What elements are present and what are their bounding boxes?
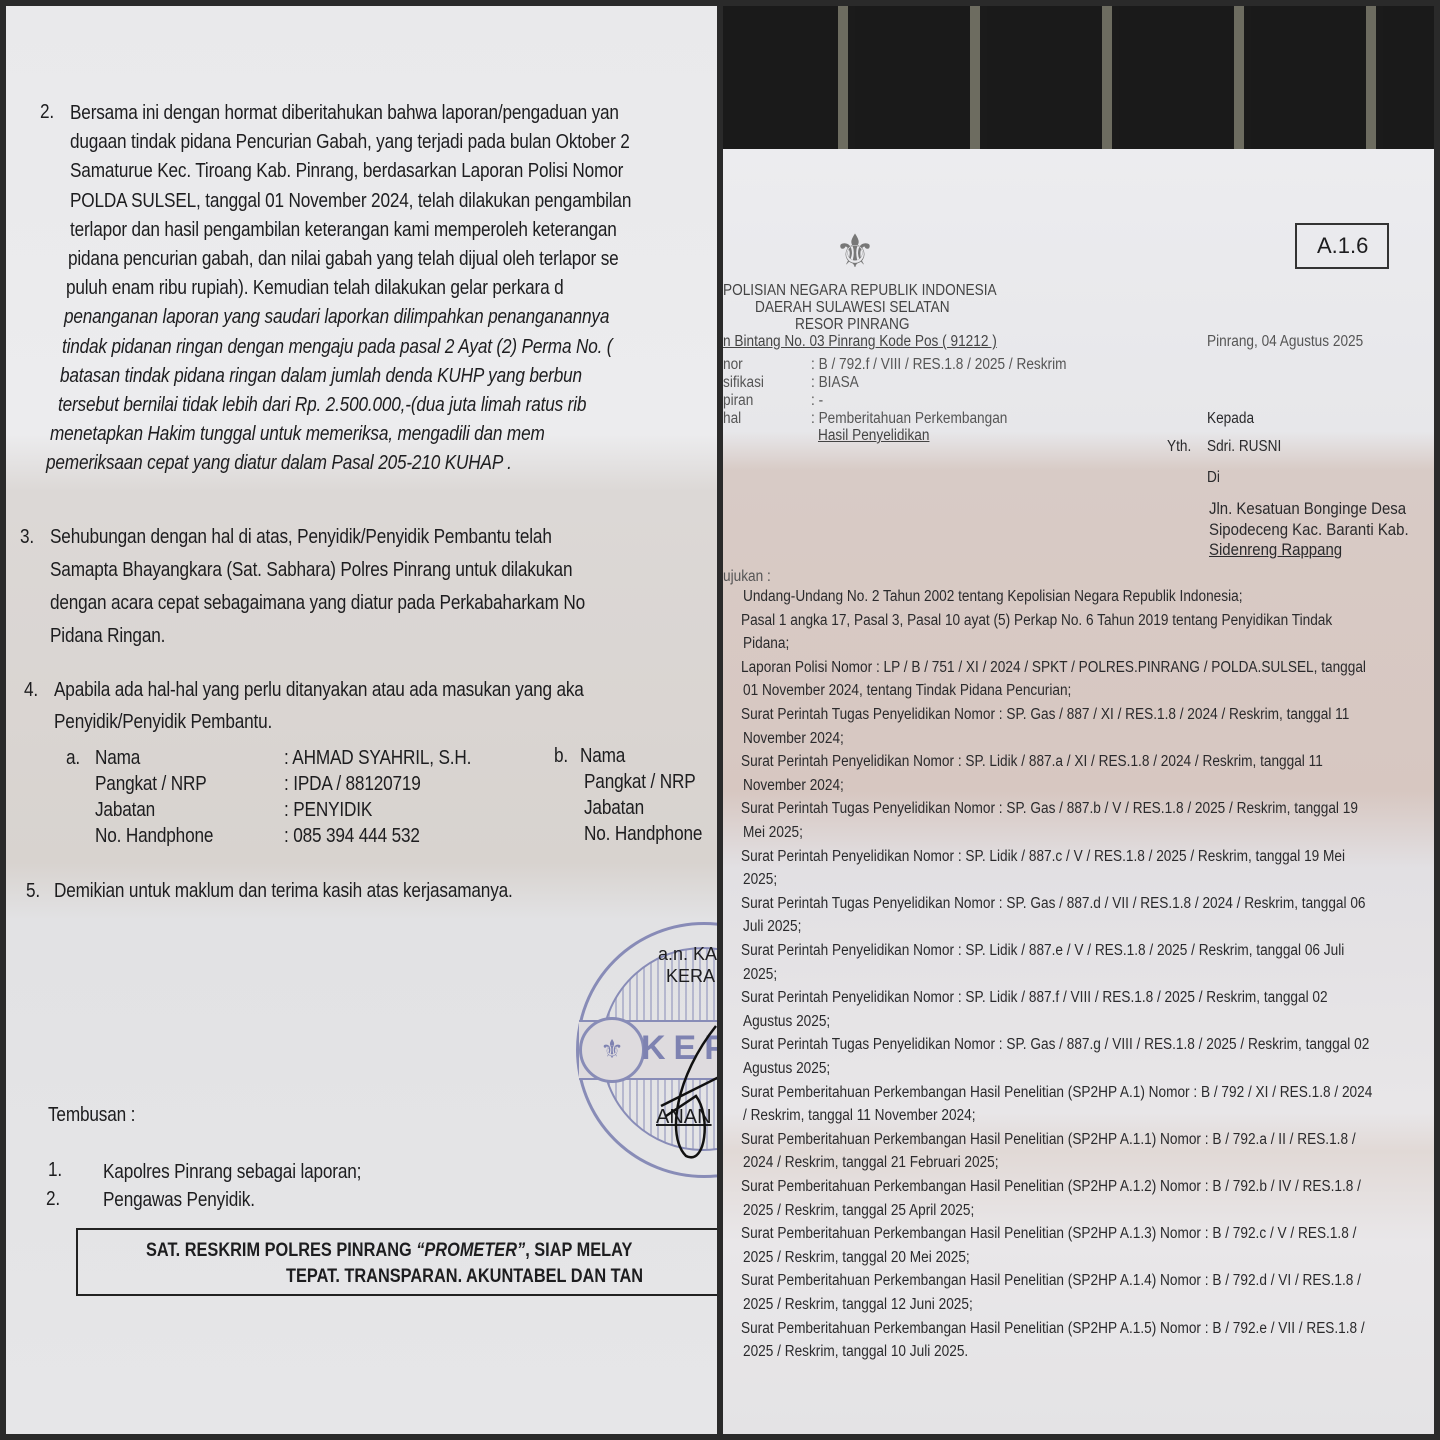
para2-line: tindak pidanan ringan dengan mengaju pad… xyxy=(62,336,612,359)
para2-line: menetapkan Hakim tunggal untuk memeriksa… xyxy=(50,423,545,446)
rujukan-line: Surat Perintah Penyelidikan Nomor : SP. … xyxy=(741,989,1328,1007)
recipient-kepada: Kepada xyxy=(1207,410,1254,428)
contact-a-value: : IPDA / 88120719 xyxy=(284,773,421,796)
motto-brand: “PROMETER” xyxy=(416,1240,525,1261)
rujukan-line: 2025 / Reskrim, tanggal 20 Mei 2025; xyxy=(743,1249,970,1267)
rujukan-line: / Reskrim, tanggal 11 November 2024; xyxy=(743,1107,976,1125)
rujukan-line: 2025; xyxy=(743,871,777,889)
tembusan-title: Tembusan : xyxy=(48,1104,135,1127)
police-crest-icon: ⚜ xyxy=(823,219,887,283)
para2-line: POLDA SULSEL, tanggal 01 November 2024, … xyxy=(70,190,631,213)
contact-b-label: Pangkat / NRP xyxy=(584,771,696,794)
rujukan-line: Surat Perintah Tugas Penyelidikan Nomor … xyxy=(741,706,1349,724)
contact-a-label: No. Handphone xyxy=(95,825,213,848)
para4-number: 4. xyxy=(24,679,38,702)
tembusan-2-number: 2. xyxy=(46,1188,60,1211)
right-document-page: ⚜ A.1.6 POLISIAN NEGARA REPUBLIK INDONES… xyxy=(723,6,1434,1434)
meta-value: : B / 792.f / VIII / RES.1.8 / 2025 / Re… xyxy=(811,356,1066,374)
motto-suffix: , SIAP MELAY xyxy=(525,1240,632,1261)
contact-a-label: Pangkat / NRP xyxy=(95,773,207,796)
contact-a-value: : PENYIDIK xyxy=(284,799,372,822)
contact-b-label: Jabatan xyxy=(584,797,644,820)
recipient-di: Di xyxy=(1207,469,1220,487)
rujukan-line: Agustus 2025; xyxy=(743,1013,830,1031)
form-code: A.1.6 xyxy=(1317,233,1368,259)
rujukan-line: 2025 / Reskrim, tanggal 10 Juli 2025. xyxy=(743,1343,968,1361)
para2-line: terlapor dan hasil pengambilan keteranga… xyxy=(70,219,617,242)
contact-a-label: Jabatan xyxy=(95,799,155,822)
contact-a-value: : AHMAD SYAHRIL, S.H. xyxy=(284,747,471,770)
para2-line: pidana pencurian gabah, dan nilai gabah … xyxy=(68,248,619,271)
subject-line2: Hasil Penyelidikan xyxy=(818,427,929,445)
contact-b-label: No. Handphone xyxy=(584,823,702,846)
para2-number: 2. xyxy=(40,101,54,124)
rujukan-line: Juli 2025; xyxy=(743,918,801,936)
para3-number: 3. xyxy=(20,526,34,549)
contact-b-marker: b. xyxy=(554,745,568,768)
meta-value: : Pemberitahuan Perkembangan xyxy=(811,410,1007,428)
rujukan-line: 2025 / Reskrim, tanggal 12 Juni 2025; xyxy=(743,1296,973,1314)
contact-a-value: : 085 394 444 532 xyxy=(284,825,420,848)
para2-line: batasan tindak pidana ringan dalam jumla… xyxy=(60,365,582,388)
rujukan-line: Pasal 1 angka 17, Pasal 3, Pasal 10 ayat… xyxy=(741,612,1332,630)
para2-line: penanganan laporan yang saudari laporkan… xyxy=(64,306,609,329)
meta-label: sifikasi xyxy=(723,374,764,392)
para4-line: Apabila ada hal-hal yang perlu ditanyaka… xyxy=(54,679,584,702)
recipient-addr2: Sipodeceng Kac. Baranti Kab. xyxy=(1209,520,1409,540)
signature-scribble-icon xyxy=(656,1016,717,1166)
para5-number: 5. xyxy=(26,880,40,903)
right-paper: ⚜ A.1.6 POLISIAN NEGARA REPUBLIK INDONES… xyxy=(723,149,1434,1434)
recipient-addr1: Jln. Kesatuan Bonginge Desa xyxy=(1209,499,1406,519)
signature-line1: a.n. KA xyxy=(658,944,717,965)
rujukan-label: ujukan : xyxy=(723,568,771,586)
form-code-box: A.1.6 xyxy=(1295,223,1389,269)
para2-line: puluh enam ribu rupiah). Kemudian telah … xyxy=(66,277,563,300)
rujukan-line: 2024 / Reskrim, tanggal 21 Februari 2025… xyxy=(743,1154,999,1172)
signature-line2: KERA xyxy=(666,966,715,987)
rujukan-line: Surat Perintah Tugas Penyelidikan Nomor … xyxy=(741,895,1365,913)
para2-line: Bersama ini dengan hormat diberitahukan … xyxy=(70,102,619,125)
para2-line: dugaan tindak pidana Pencurian Gabah, ya… xyxy=(70,131,630,154)
rujukan-line: Surat Pemberitahuan Perkembangan Hasil P… xyxy=(741,1131,1356,1149)
rujukan-line: Surat Pemberitahuan Perkembangan Hasil P… xyxy=(741,1225,1356,1243)
rujukan-line: Surat Pemberitahuan Perkembangan Hasil P… xyxy=(741,1320,1365,1338)
contact-b-label: Nama xyxy=(580,745,625,768)
contact-a-label: Nama xyxy=(95,747,140,770)
rujukan-line: 2025 / Reskrim, tanggal 25 April 2025; xyxy=(743,1202,974,1220)
left-document-page: 2. Bersama ini dengan hormat diberitahuk… xyxy=(6,6,717,1434)
meta-value: : - xyxy=(811,392,823,410)
para2-line: Samaturue Kec. Tiroang Kab. Pinrang, ber… xyxy=(70,160,623,183)
rujukan-line: Surat Perintah Penyelidikan Nomor : SP. … xyxy=(741,942,1344,960)
para5-text: Demikian untuk maklum dan terima kasih a… xyxy=(54,880,513,903)
para3-line: Samapta Bhayangkara (Sat. Sabhara) Polre… xyxy=(50,559,572,582)
tembusan-1-number: 1. xyxy=(48,1159,62,1182)
rujukan-line: 01 November 2024, tentang Tindak Pidana … xyxy=(743,682,1071,700)
para3-line: dengan acara cepat sebagaimana yang diat… xyxy=(50,592,585,615)
rujukan-line: Pidana; xyxy=(743,635,789,653)
recipient-name: Sdri. RUSNI xyxy=(1207,438,1281,456)
rujukan-line: November 2024; xyxy=(743,730,844,748)
letter-date: Pinrang, 04 Agustus 2025 xyxy=(1207,333,1363,351)
rujukan-line: Surat Pemberitahuan Perkembangan Hasil P… xyxy=(741,1272,1361,1290)
header-address: n Bintang No. 03 Pinrang Kode Pos ( 9121… xyxy=(723,333,997,351)
para3-line: Sehubungan dengan hal di atas, Penyidik/… xyxy=(50,526,552,549)
header-line1: POLISIAN NEGARA REPUBLIK INDONESIA xyxy=(723,282,997,300)
meta-label: nor xyxy=(723,356,743,374)
rujukan-line: Surat Perintah Penyelidikan Nomor : SP. … xyxy=(741,848,1345,866)
para3-line: Pidana Ringan. xyxy=(50,625,165,648)
tembusan-1-text: Kapolres Pinrang sebagai laporan; xyxy=(103,1161,361,1184)
para2-line: tersebut bernilai tidak lebih dari Rp. 2… xyxy=(58,394,586,417)
meta-label: piran xyxy=(723,392,753,410)
motto-box: SAT. RESKRIM POLRES PINRANG “PROMETER”, … xyxy=(76,1228,717,1296)
header-line2: DAERAH SULAWESI SELATAN xyxy=(755,299,950,317)
meta-value: : BIASA xyxy=(811,374,859,392)
rujukan-line: November 2024; xyxy=(743,777,844,795)
motto-prefix: SAT. RESKRIM POLRES PINRANG xyxy=(146,1240,416,1261)
header-line3: RESOR PINRANG xyxy=(795,316,909,334)
para2-line: pemeriksaan cepat yang diatur dalam Pasa… xyxy=(46,452,512,475)
rujukan-line: 2025; xyxy=(743,966,777,984)
rujukan-line: Laporan Polisi Nomor : LP / B / 751 / XI… xyxy=(741,659,1366,677)
recipient-yth: Yth. xyxy=(1167,438,1191,456)
rujukan-line: Surat Perintah Tugas Penyelidikan Nomor … xyxy=(741,1036,1369,1054)
police-emblem-icon: ⚜ xyxy=(579,1017,645,1083)
motto-line2: TEPAT. TRANSPARAN. AKUNTABEL DAN TAN xyxy=(286,1266,643,1288)
rujukan-line: Mei 2025; xyxy=(743,824,803,842)
rujukan-line: Surat Pemberitahuan Perkembangan Hasil P… xyxy=(741,1084,1372,1102)
rujukan-line: Surat Perintah Tugas Penyelidikan Nomor … xyxy=(741,800,1358,818)
recipient-addr3: Sidenreng Rappang xyxy=(1209,540,1342,560)
rujukan-line: Agustus 2025; xyxy=(743,1060,830,1078)
rujukan-line: Surat Pemberitahuan Perkembangan Hasil P… xyxy=(741,1178,1361,1196)
contact-a-marker: a. xyxy=(66,747,80,770)
rujukan-line: Surat Perintah Penyelidikan Nomor : SP. … xyxy=(741,753,1323,771)
rujukan-line: Undang-Undang No. 2 Tahun 2002 tentang K… xyxy=(743,588,1242,606)
motto-line1: SAT. RESKRIM POLRES PINRANG “PROMETER”, … xyxy=(146,1240,632,1262)
para4-line: Penyidik/Penyidik Pembantu. xyxy=(54,711,272,734)
tembusan-2-text: Pengawas Penyidik. xyxy=(103,1189,255,1212)
meta-label: hal xyxy=(723,410,741,428)
